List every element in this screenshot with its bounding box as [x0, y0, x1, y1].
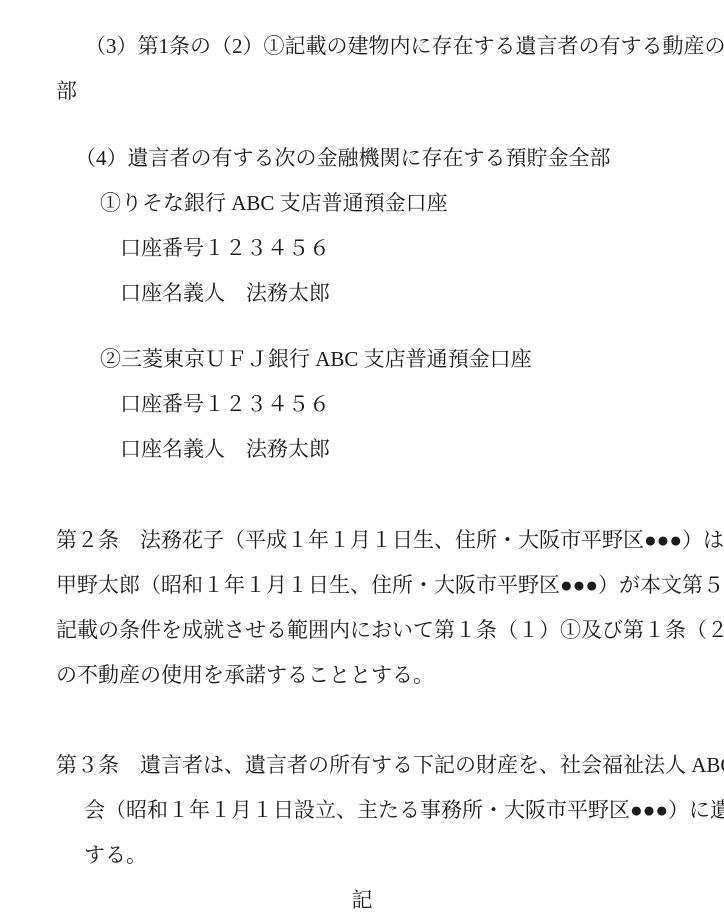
- document-line: 口座番号１２３４５６: [0, 382, 724, 427]
- document-line: の不動産の使用を承諾することとする。: [0, 653, 724, 698]
- document-line: 部: [0, 69, 724, 114]
- document-line: 記: [0, 878, 724, 922]
- document-line: ①りそな銀行 ABC 支店普通預金口座: [0, 181, 724, 226]
- document-body: （3）第1条の（2）①記載の建物内に存在する遺言者の有する動産の全部（4）遺言者…: [0, 24, 724, 922]
- document-line: する。: [0, 833, 724, 878]
- document-line: 口座名義人 法務太郎: [0, 271, 724, 316]
- document-page: （3）第1条の（2）①記載の建物内に存在する遺言者の有する動産の全部（4）遺言者…: [0, 0, 724, 922]
- document-line: ②三菱東京ＵＦＪ銀行 ABC 支店普通預金口座: [0, 337, 724, 382]
- document-line: 会（昭和１年１月１日設立、主たる事務所・大阪市平野区●●●）に遺贈: [0, 788, 724, 833]
- document-line: 第２条 法務花子（平成１年１月１日生、住所・大阪市平野区●●●）は、: [0, 518, 724, 563]
- document-line: （3）第1条の（2）①記載の建物内に存在する遺言者の有する動産の全: [0, 24, 724, 69]
- document-line: 甲野太郎（昭和１年１月１日生、住所・大阪市平野区●●●）が本文第５条: [0, 563, 724, 608]
- document-line: （4）遺言者の有する次の金融機関に存在する預貯金全部: [0, 136, 724, 181]
- document-line: 口座名義人 法務太郎: [0, 427, 724, 472]
- document-line: 第３条 遺言者は、遺言者の所有する下記の財産を、社会福祉法人 ABC 協: [0, 743, 724, 788]
- document-line: 記載の条件を成就させる範囲内において第１条（１）①及び第１条（２）①: [0, 608, 724, 653]
- document-line: 口座番号１２３４５６: [0, 226, 724, 271]
